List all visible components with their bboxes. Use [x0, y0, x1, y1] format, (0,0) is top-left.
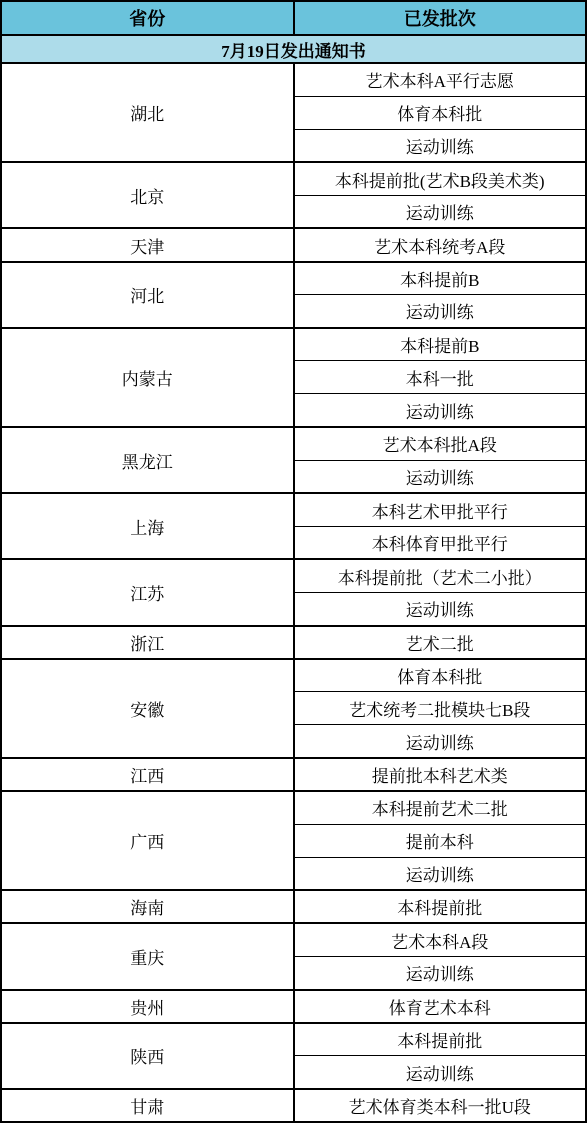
- header-row: 省份 已发批次: [1, 1, 586, 35]
- province-cell: 浙江: [1, 626, 294, 659]
- batch-cell: 本科提前批（艺术二小批）: [294, 559, 587, 592]
- date-banner: 7月19日发出通知书: [1, 35, 586, 63]
- batch-cell: 运动训练: [294, 1056, 587, 1089]
- table-row: 北京本科提前批(艺术B段美术类): [1, 162, 586, 195]
- table-row: 浙江艺术二批: [1, 626, 586, 659]
- province-cell: 河北: [1, 262, 294, 328]
- banner-row: 7月19日发出通知书: [1, 35, 586, 63]
- batch-cell: 运动训练: [294, 857, 587, 890]
- batch-cell: 艺术本科批A段: [294, 427, 587, 460]
- province-cell: 天津: [1, 228, 294, 261]
- batch-cell: 艺术本科统考A段: [294, 228, 587, 261]
- batch-cell: 运动训练: [294, 394, 587, 427]
- column-header-province: 省份: [1, 1, 294, 35]
- batch-cell: 本科体育甲批平行: [294, 526, 587, 559]
- batch-cell: 本科提前艺术二批: [294, 791, 587, 824]
- batch-cell: 提前批本科艺术类: [294, 758, 587, 791]
- admission-notice-table: 省份 已发批次 7月19日发出通知书 湖北艺术本科A平行志愿体育本科批运动训练北…: [0, 0, 587, 1123]
- batch-cell: 运动训练: [294, 295, 587, 328]
- table-row: 甘肃艺术体育类本科一批U段: [1, 1089, 586, 1122]
- batch-cell: 本科提前批(艺术B段美术类): [294, 162, 587, 195]
- table-row: 河北本科提前B: [1, 262, 586, 295]
- province-cell: 重庆: [1, 923, 294, 989]
- batch-cell: 本科一批: [294, 361, 587, 394]
- batch-cell: 艺术体育类本科一批U段: [294, 1089, 587, 1122]
- page: 省份 已发批次 7月19日发出通知书 湖北艺术本科A平行志愿体育本科批运动训练北…: [0, 0, 587, 1123]
- province-cell: 广西: [1, 791, 294, 890]
- table-row: 江苏本科提前批（艺术二小批）: [1, 559, 586, 592]
- column-header-batches: 已发批次: [294, 1, 587, 35]
- table-row: 贵州体育艺术本科: [1, 990, 586, 1023]
- table-row: 江西提前批本科艺术类: [1, 758, 586, 791]
- province-cell: 上海: [1, 493, 294, 559]
- batch-cell: 体育本科批: [294, 96, 587, 129]
- table-row: 黑龙江艺术本科批A段: [1, 427, 586, 460]
- batch-cell: 运动训练: [294, 195, 587, 228]
- province-cell: 甘肃: [1, 1089, 294, 1122]
- batch-cell: 本科提前B: [294, 328, 587, 361]
- table-row: 陕西本科提前批: [1, 1023, 586, 1056]
- province-cell: 内蒙古: [1, 328, 294, 427]
- province-cell: 北京: [1, 162, 294, 228]
- province-cell: 贵州: [1, 990, 294, 1023]
- province-cell: 安徽: [1, 659, 294, 758]
- province-cell: 海南: [1, 890, 294, 923]
- batch-cell: 艺术本科A平行志愿: [294, 63, 587, 96]
- table-row: 湖北艺术本科A平行志愿: [1, 63, 586, 96]
- batch-cell: 本科提前批: [294, 1023, 587, 1056]
- batch-cell: 提前本科: [294, 824, 587, 857]
- province-cell: 湖北: [1, 63, 294, 162]
- batch-cell: 运动训练: [294, 957, 587, 990]
- table-row: 上海本科艺术甲批平行: [1, 493, 586, 526]
- table-row: 安徽体育本科批: [1, 659, 586, 692]
- batch-cell: 艺术二批: [294, 626, 587, 659]
- batch-cell: 艺术本科A段: [294, 923, 587, 956]
- table-row: 内蒙古本科提前B: [1, 328, 586, 361]
- batch-cell: 运动训练: [294, 460, 587, 493]
- batch-cell: 本科提前批: [294, 890, 587, 923]
- province-cell: 江西: [1, 758, 294, 791]
- batch-cell: 本科艺术甲批平行: [294, 493, 587, 526]
- table-header: 省份 已发批次 7月19日发出通知书: [1, 1, 586, 63]
- batch-cell: 运动训练: [294, 725, 587, 758]
- batch-cell: 体育本科批: [294, 659, 587, 692]
- batch-cell: 体育艺术本科: [294, 990, 587, 1023]
- province-cell: 黑龙江: [1, 427, 294, 493]
- batch-cell: 运动训练: [294, 129, 587, 162]
- batch-cell: 艺术统考二批模块七B段: [294, 692, 587, 725]
- province-cell: 江苏: [1, 559, 294, 625]
- table-body: 湖北艺术本科A平行志愿体育本科批运动训练北京本科提前批(艺术B段美术类)运动训练…: [1, 63, 586, 1122]
- table-row: 天津艺术本科统考A段: [1, 228, 586, 261]
- province-cell: 陕西: [1, 1023, 294, 1089]
- batch-cell: 本科提前B: [294, 262, 587, 295]
- table-row: 海南本科提前批: [1, 890, 586, 923]
- table-row: 重庆艺术本科A段: [1, 923, 586, 956]
- table-row: 广西本科提前艺术二批: [1, 791, 586, 824]
- batch-cell: 运动训练: [294, 593, 587, 626]
